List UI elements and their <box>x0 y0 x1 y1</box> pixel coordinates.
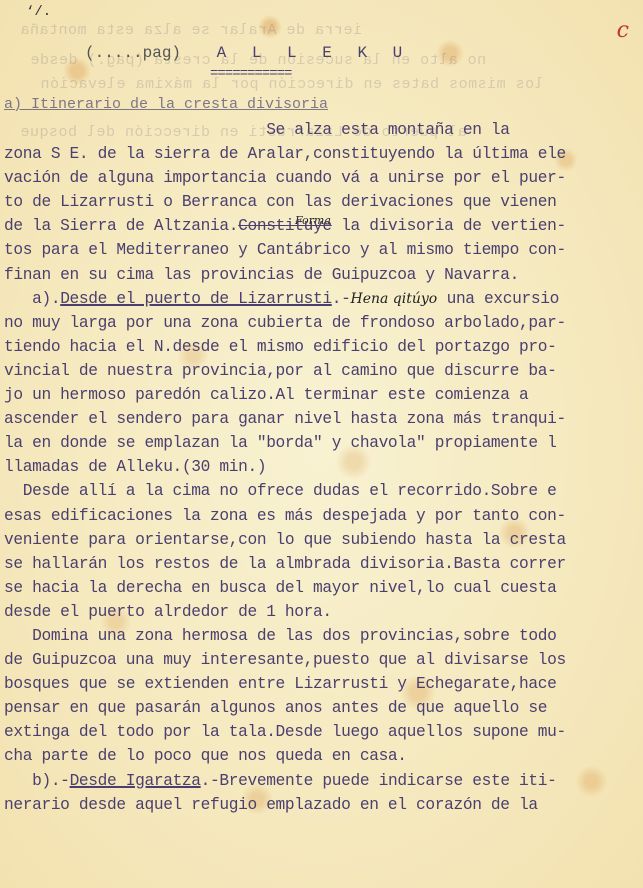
text-run: la en donde se emplazan la "borda" y cha… <box>4 434 556 452</box>
text-run: finan en su cima las provincias de Guipu… <box>4 266 519 284</box>
text-line: pensar en que pasarán algunos anos antes… <box>4 696 643 720</box>
text-line: b).-Desde Igaratza.-Brevemente puede ind… <box>4 769 643 793</box>
text-run: a). <box>4 290 60 308</box>
text-line: Domina una zona hermosa de las dos provi… <box>4 624 643 648</box>
text-run: la divisoria de vertien- <box>332 217 566 235</box>
text-line: zona S E. de la sierra de Aralar,constit… <box>4 142 643 166</box>
text-line: extinga del todo por la tala.Desde luego… <box>4 720 643 744</box>
text-line: la en donde se emplazan la "borda" y cha… <box>4 431 643 455</box>
text-run: .- <box>332 290 351 308</box>
page-mark: ‘/. <box>26 4 51 20</box>
section-heading: Desde Igaratza <box>70 772 201 790</box>
text-run: se hallarán los restos de la almbrada di… <box>4 555 566 573</box>
text-run: bosques que se extienden entre Lizarrust… <box>4 675 556 693</box>
text-run: se hacia la derecha en busca del mayor n… <box>4 579 556 597</box>
text-line: de la Sierra de Altzania.Constituye la d… <box>4 214 643 238</box>
text-line: vincial de nuestra provincia,por al cami… <box>4 359 643 383</box>
text-run: de Guipuzcoa una muy interesante,puesto … <box>4 651 566 669</box>
text-run: cha parte de lo poco que nos queda en ca… <box>4 747 407 765</box>
text-run: Desde allí a la cima no ofrece dudas el … <box>4 482 556 500</box>
text-line: Desde allí a la cima no ofrece dudas el … <box>4 479 643 503</box>
text-line: vación de alguna importancia cuando vá a… <box>4 166 643 190</box>
corner-annotation: c <box>617 18 629 43</box>
text-run: Se alza esta montaña en la <box>4 121 510 139</box>
text-run: vincial de nuestra provincia,por al cami… <box>4 362 556 380</box>
text-run: esas edificaciones la zona es más despej… <box>4 507 566 525</box>
text-run: veniente para orientarse,con lo que subi… <box>4 531 566 549</box>
text-run: vación de alguna importancia cuando vá a… <box>4 169 566 187</box>
bleed-through-text: ierra de Aralar se alza esta montaña <box>20 22 362 39</box>
text-line: se hacia la derecha en busca del mayor n… <box>4 576 643 600</box>
title-row: (.....pag) A L L E K U <box>85 44 410 62</box>
text-run: llamadas de Alleku.(30 min.) <box>4 458 266 476</box>
text-run: una excursio <box>437 290 559 308</box>
text-line: finan en su cima las provincias de Guipu… <box>4 263 643 287</box>
page-reference: (.....pag) <box>85 44 181 62</box>
text-line: desde el puerto alrdedor de 1 hora. <box>4 600 643 624</box>
struck-word: Constituye <box>238 217 332 235</box>
text-line: Se alza esta montaña en la <box>4 118 643 142</box>
text-run: nerario desde aquel refugio emplazado en… <box>4 796 538 814</box>
text-line: a).Desde el puerto de Lizarrusti.-Hena q… <box>4 287 643 311</box>
text-run: no muy larga por una zona cubierta de fr… <box>4 314 566 332</box>
text-line: veniente para orientarse,con lo que subi… <box>4 528 643 552</box>
text-line: esas edificaciones la zona es más despej… <box>4 504 643 528</box>
text-line: jo un hermoso paredón calizo.Al terminar… <box>4 383 643 407</box>
text-line: nerario desde aquel refugio emplazado en… <box>4 793 643 817</box>
title-underline: =========== <box>210 66 291 82</box>
text-run: b).- <box>4 772 70 790</box>
text-run: de la Sierra de Altzania. <box>4 217 238 235</box>
document-body: Se alza esta montaña en lazona S E. de l… <box>4 118 643 817</box>
bleed-through-text: los mismos bates en dirección por la máx… <box>40 76 544 93</box>
text-line: ascender el sendero para ganar nivel has… <box>4 407 643 431</box>
text-run: zona S E. de la sierra de Aralar,constit… <box>4 145 566 163</box>
text-run: jo un hermoso paredón calizo.Al terminar… <box>4 386 528 404</box>
text-run: to de Lizarrusti o Berranca con las deri… <box>4 193 556 211</box>
text-run: tiendo hacia el N.desde el mismo edifici… <box>4 338 556 356</box>
text-line: se hallarán los restos de la almbrada di… <box>4 552 643 576</box>
text-line: cha parte de lo poco que nos queda en ca… <box>4 744 643 768</box>
section-subhead: a) Itinerario de la cresta divisoria <box>4 96 328 113</box>
text-run: tos para el Mediterraneo y Cantábrico y … <box>4 241 566 259</box>
text-run: ascender el sendero para ganar nivel has… <box>4 410 566 428</box>
text-line: tos para el Mediterraneo y Cantábrico y … <box>4 238 643 262</box>
text-run: Domina una zona hermosa de las dos provi… <box>4 627 556 645</box>
text-line: bosques que se extienden entre Lizarrust… <box>4 672 643 696</box>
text-run: pensar en que pasarán algunos anos antes… <box>4 699 547 717</box>
text-line: llamadas de Alleku.(30 min.) <box>4 455 643 479</box>
text-line: no muy larga por una zona cubierta de fr… <box>4 311 643 335</box>
handwritten-insertion: Hena qitúyo <box>350 291 437 307</box>
text-run: desde el puerto alrdedor de 1 hora. <box>4 603 332 621</box>
text-run: .-Brevemente puede indicarse este iti- <box>201 772 557 790</box>
section-heading: Desde el puerto de Lizarrusti <box>60 290 332 308</box>
text-line: tiendo hacia el N.desde el mismo edifici… <box>4 335 643 359</box>
text-line: de Guipuzcoa una muy interesante,puesto … <box>4 648 643 672</box>
text-line: to de Lizarrusti o Berranca con las deri… <box>4 190 643 214</box>
text-run: extinga del todo por la tala.Desde luego… <box>4 723 566 741</box>
page-title: A L L E K U <box>217 44 411 62</box>
